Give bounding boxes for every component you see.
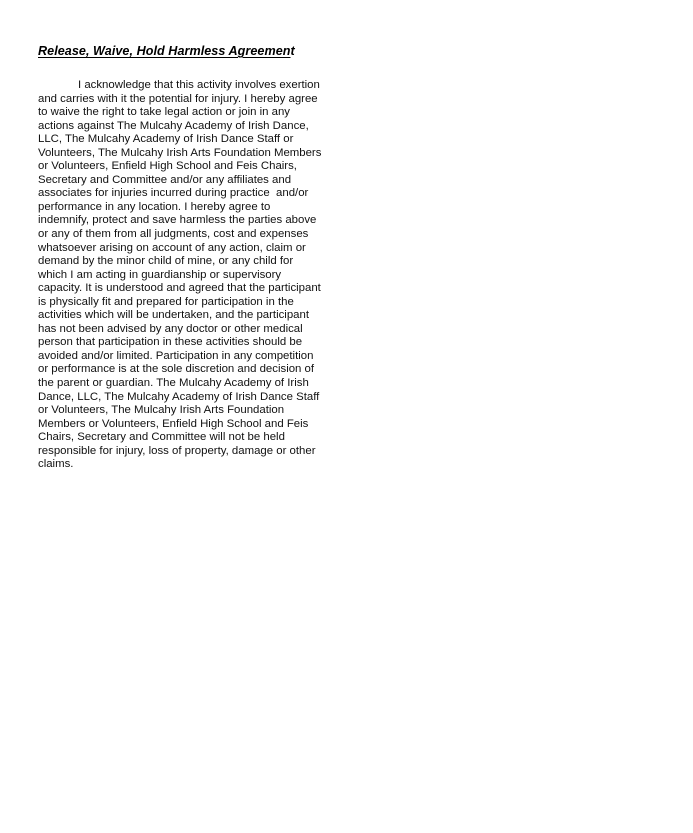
body-line: Dance, LLC, The Mulcahy Academy of Irish… [38,391,338,405]
body-line: LLC, The Mulcahy Academy of Irish Dance … [38,133,338,147]
body-line: responsible for injury, loss of property… [38,445,338,459]
body-line: demand by the minor child of mine, or an… [38,255,338,269]
body-line: Members or Volunteers, Enfield High Scho… [38,418,338,432]
body-line: to waive the right to take legal action … [38,106,338,120]
body-line: Chairs, Secretary and Committee will not… [38,431,338,445]
body-line: avoided and/or limited. Participation in… [38,350,338,364]
body-line: actions against The Mulcahy Academy of I… [38,120,338,134]
body-line: whatsoever arising on account of any act… [38,242,338,256]
body-line: I acknowledge that this activity involve… [38,79,338,93]
document-page: Release, Waive, Hold Harmless Agreement … [0,0,693,833]
body-line: capacity. It is understood and agreed th… [38,282,338,296]
body-line: or Volunteers, Enfield High School and F… [38,160,338,174]
agreement-title: Release, Waive, Hold Harmless Agreement [38,44,295,58]
body-line: or performance is at the sole discretion… [38,363,338,377]
body-line: performance in any location. I hereby ag… [38,201,338,215]
body-line: or any of them from all judgments, cost … [38,228,338,242]
agreement-title-tail: t [291,44,295,58]
body-line: claims. [38,458,338,472]
body-line: or Volunteers, The Mulcahy Irish Arts Fo… [38,404,338,418]
body-line: indemnify, protect and save harmless the… [38,214,338,228]
agreement-body: I acknowledge that this activity involve… [38,79,338,472]
body-line: associates for injuries incurred during … [38,187,338,201]
body-line: which I am acting in guardianship or sup… [38,269,338,283]
body-line: the parent or guardian. The Mulcahy Acad… [38,377,338,391]
body-line: activities which will be undertaken, and… [38,309,338,323]
body-line: and carries with it the potential for in… [38,93,338,107]
body-line: is physically fit and prepared for parti… [38,296,338,310]
body-line: Secretary and Committee and/or any affil… [38,174,338,188]
agreement-title-underlined: Release, Waive, Hold Harmless Agreemen [38,44,291,58]
body-line: has not been advised by any doctor or ot… [38,323,338,337]
body-line: Volunteers, The Mulcahy Irish Arts Found… [38,147,338,161]
body-line: person that participation in these activ… [38,336,338,350]
